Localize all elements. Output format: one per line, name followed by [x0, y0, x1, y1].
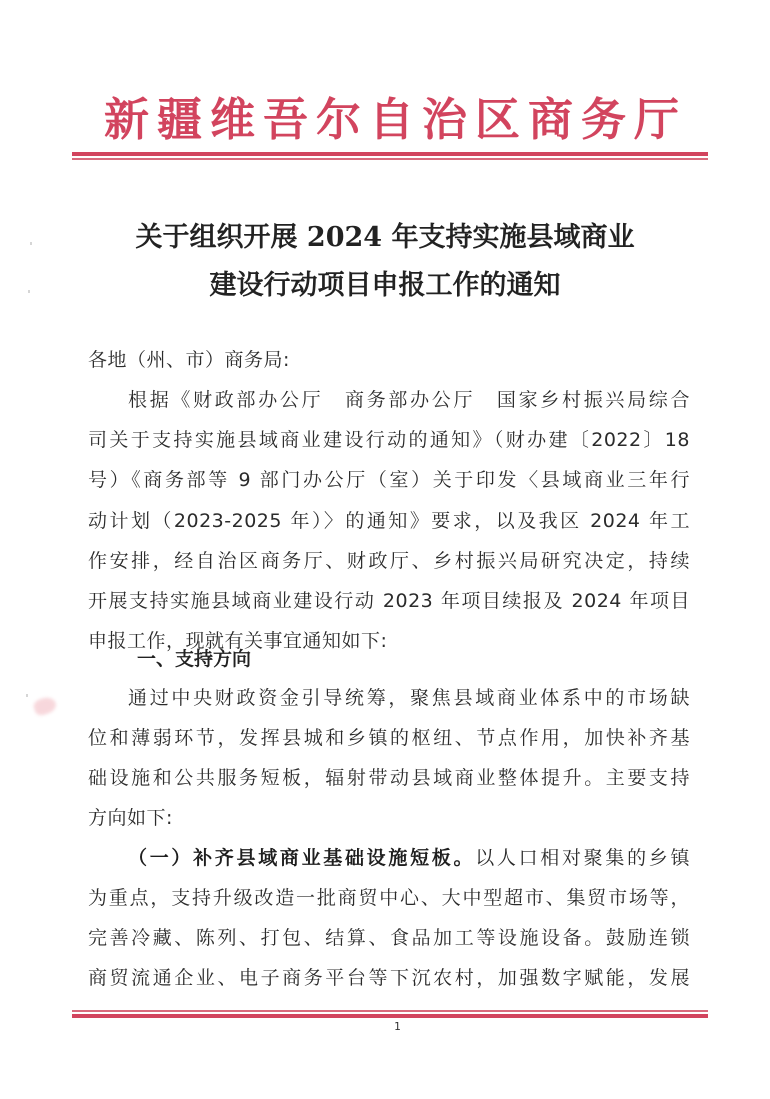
scan-smudge [32, 695, 58, 718]
paragraph-line: 为重点，支持升级改造一批商贸中心、大中型超市、集贸市场等， [88, 884, 690, 912]
footer-rule-thick [72, 1014, 708, 1018]
paragraph-line: 根据《财政部办公厅 商务部办公厅 国家乡村振兴局综合 [128, 386, 690, 414]
subsection-lead-line: （一）补齐县域商业基础设施短板。以人口相对聚集的乡镇 [128, 844, 690, 872]
paragraph-line: 号）《商务部等 9 部门办公厅（室）关于印发〈县域商业三年行 [88, 466, 690, 494]
document-page: 新疆维吾尔自治区商务厅 关于组织开展 2024 年支持实施县域商业 建设行动项目… [0, 0, 770, 1099]
subsection-heading: （一）补齐县域商业基础设施短板。 [128, 847, 475, 869]
document-title-line-1: 关于组织开展 2024 年支持实施县域商业 [0, 218, 770, 258]
paragraph-line: 础设施和公共服务短板，辐射带动县域商业整体提升。主要支持 [88, 764, 690, 792]
paragraph-line: 动计划（2023-2025 年）〉的通知》要求，以及我区 2024 年工 [88, 507, 690, 535]
paragraph-line: 方向如下: [88, 804, 690, 832]
issuer-header: 新疆维吾尔自治区商务厅 [104, 92, 674, 148]
scan-speck [28, 290, 30, 293]
scan-speck [26, 694, 28, 697]
paragraph-line: 商贸流通企业、电子商务平台等下沉农村，加强数字赋能，发展 [88, 964, 690, 992]
paragraph-line: 司关于支持实施县域商业建设行动的通知》（财办建〔2022〕18 [88, 426, 690, 454]
paragraph-line: 通过中央财政资金引导统筹，聚焦县域商业体系中的市场缺 [128, 684, 690, 712]
header-rule-thick [72, 152, 708, 156]
page-number: 1 [394, 1020, 401, 1033]
salutation: 各地（州、市）商务局: [88, 346, 690, 374]
paragraph-line: 位和薄弱环节，发挥县城和乡镇的枢纽、节点作用，加快补齐基 [88, 724, 690, 752]
document-title-line-2: 建设行动项目申报工作的通知 [0, 266, 770, 306]
paragraph-line: 完善冷藏、陈列、打包、结算、食品加工等设施设备。鼓励连锁 [88, 924, 690, 952]
footer-rule-thin [72, 1010, 708, 1012]
header-rule-thin [72, 158, 708, 160]
subsection-lead-text: 以人口相对聚集的乡镇 [475, 847, 690, 869]
paragraph-line: 作安排，经自治区商务厅、财政厅、乡村振兴局研究决定，持续 [88, 547, 690, 575]
section-heading: 一、支持方向 [137, 645, 251, 673]
scan-speck [30, 242, 32, 245]
paragraph-line: 开展支持实施县域商业建设行动 2023 年项目续报及 2024 年项目 [88, 587, 690, 615]
